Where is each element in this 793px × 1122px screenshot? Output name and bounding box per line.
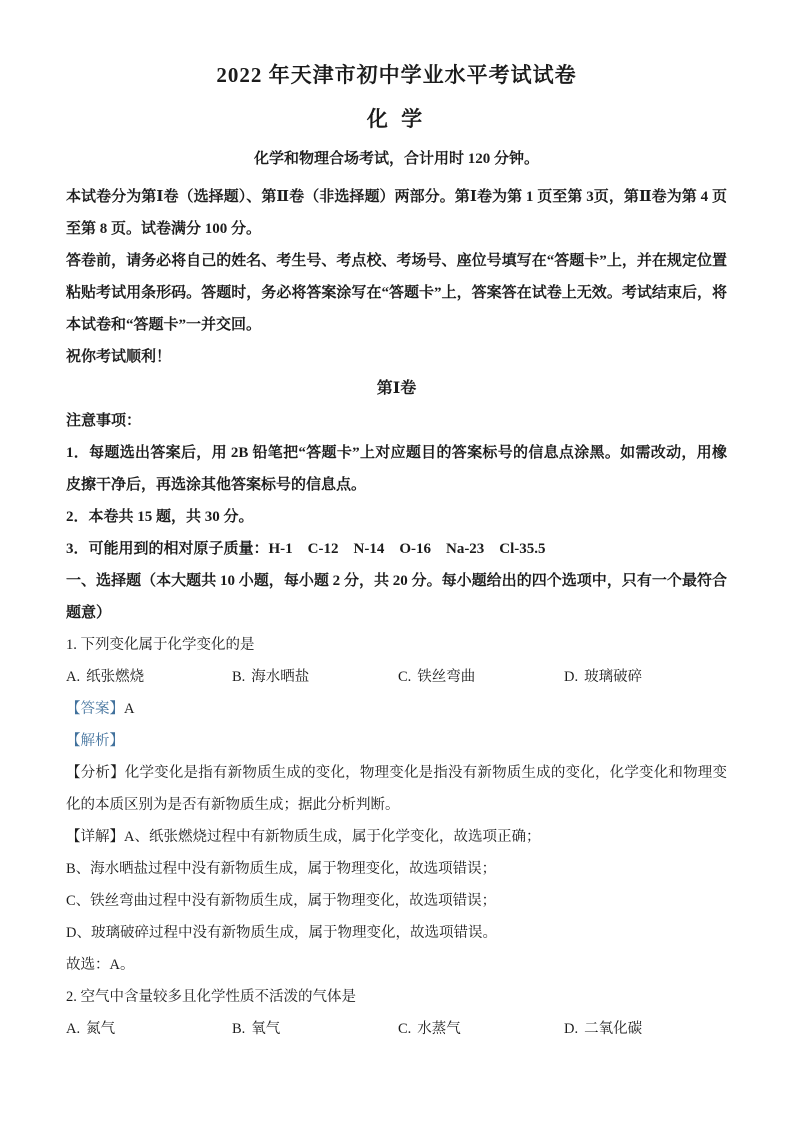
question-2-option-c: C.水蒸气 [398,1013,564,1045]
question-1-detail-line-2: B、海水晒盐过程中没有新物质生成，属于物理变化，故选项错误； [66,853,727,885]
option-text: 氧气 [251,1021,280,1037]
subject-title: 化 学 [66,104,727,134]
intro-paragraph-2: 答卷前，请务必将自己的姓名、考生号、考点校、考场号、座位号填写在“答题卡”上，并… [66,245,727,341]
question-1-answer-line: 【答案】A [66,693,727,725]
analysis-tag: 【解析】 [66,733,124,749]
option-text: 海水晒盐 [251,669,309,685]
option-text: 玻璃破碎 [584,669,642,685]
exam-paper-page: 2022 年天津市初中学业水平考试试卷 化 学 化学和物理合场考试，合计用时 1… [0,0,793,1122]
question-1-detail-line-4: D、玻璃破碎过程中没有新物质生成，属于物理变化，故选项错误。 [66,917,727,949]
good-luck-line: 祝你考试顺利！ [66,341,727,373]
option-label: A. [66,1021,80,1037]
page-title: 2022 年天津市初中学业水平考试试卷 [66,60,727,90]
question-2-stem: 空气中含量较多且化学性质不活泼的气体是 [81,989,357,1005]
question-1-option-d: D.玻璃破碎 [564,661,642,693]
question-2: 2. 空气中含量较多且化学性质不活泼的气体是 [66,981,727,1013]
notice-heading: 注意事项： [66,405,727,437]
question-1-option-b: B.海水晒盐 [232,661,398,693]
notice-item-3: 3．可能用到的相对原子质量：H-1 C-12 N-14 O-16 Na-23 C… [66,533,727,565]
option-text: 二氧化碳 [584,1021,642,1037]
exam-duration-note: 化学和物理合场考试，合计用时 120 分钟。 [66,147,727,171]
option-text: 铁丝弯曲 [417,669,475,685]
question-2-options: A.氮气 B.氧气 C.水蒸气 D.二氧化碳 [66,1013,727,1045]
question-1-option-c: C.铁丝弯曲 [398,661,564,693]
question-1-number: 1. [66,637,77,653]
option-label: D. [564,669,578,685]
option-label: D. [564,1021,578,1037]
option-text: 氮气 [86,1021,115,1037]
question-1: 1. 下列变化属于化学变化的是 [66,629,727,661]
answer-value: A [124,701,134,717]
question-1-analysis: 【分析】化学变化是指有新物质生成的变化，物理变化是指没有新物质生成的变化，化学变… [66,757,727,821]
option-label: C. [398,669,411,685]
notice-item-2: 2．本卷共 15 题，共 30 分。 [66,501,727,533]
question-1-options: A.纸张燃烧 B.海水晒盐 C.铁丝弯曲 D.玻璃破碎 [66,661,727,693]
option-text: 纸张燃烧 [86,669,144,685]
option-label: C. [398,1021,411,1037]
answer-tag: 【答案】 [66,701,124,717]
question-1-conclusion: 故选：A。 [66,949,727,981]
question-1-detail-line-1: 【详解】A、纸张燃烧过程中有新物质生成，属于化学变化，故选项正确； [66,821,727,853]
question-2-number: 2. [66,989,77,1005]
option-text: 水蒸气 [417,1021,461,1037]
notice-item-1: 1．每题选出答案后，用 2B 铅笔把“答题卡”上对应题目的答案标号的信息点涂黑。… [66,437,727,501]
question-2-option-b: B.氧气 [232,1013,398,1045]
option-label: B. [232,669,245,685]
question-1-detail-line-3: C、铁丝弯曲过程中没有新物质生成，属于物理变化，故选项错误； [66,885,727,917]
option-label: B. [232,1021,245,1037]
question-2-option-a: A.氮气 [66,1013,232,1045]
question-1-stem: 下列变化属于化学变化的是 [81,637,255,653]
section-heading-volume1: 第Ⅰ卷 [66,373,727,405]
multiple-choice-instructions: 一、选择题（本大题共 10 小题，每小题 2 分，共 20 分。每小题给出的四个… [66,565,727,629]
question-2-option-d: D.二氧化碳 [564,1013,642,1045]
option-label: A. [66,669,80,685]
question-1-analysis-tag-line: 【解析】 [66,725,727,757]
question-1-option-a: A.纸张燃烧 [66,661,232,693]
intro-paragraph-1: 本试卷分为第Ⅰ卷（选择题）、第Ⅱ卷（非选择题）两部分。第Ⅰ卷为第 1 页至第 3… [66,181,727,245]
